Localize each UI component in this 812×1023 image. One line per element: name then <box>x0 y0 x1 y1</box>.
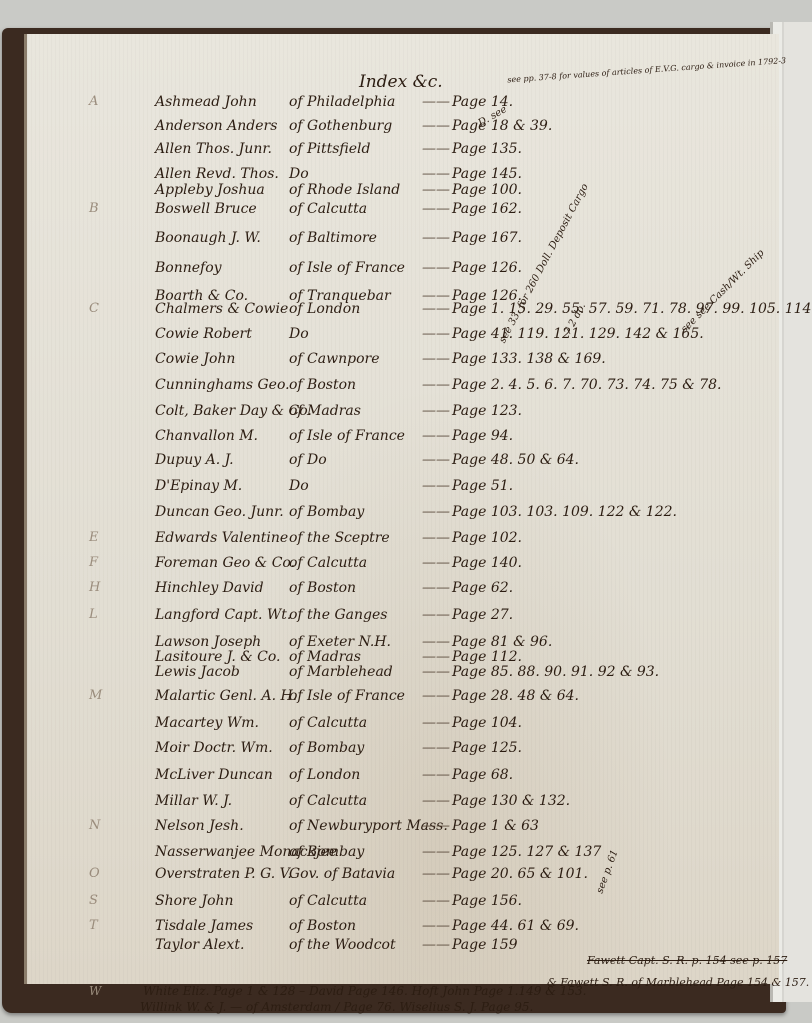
entry-name: Macartey Wm. <box>155 715 259 731</box>
bottom-line-white: W White Eliz. Page 1 & 128 – David Page … <box>89 984 586 998</box>
entry-place: Do <box>289 326 309 342</box>
entry-pages: Page 81 & 96. <box>452 634 552 650</box>
entry-dash: —— <box>422 918 450 934</box>
entry-place: of Calcutta <box>289 715 367 731</box>
entry-name: Malartic Genl. A. H. <box>155 688 297 704</box>
entry-dash: —— <box>422 166 450 182</box>
entry-dash: —— <box>422 607 450 623</box>
entry-name: Cowie Robert <box>155 326 252 342</box>
entry-pages: Page 1 & 63 <box>452 818 539 834</box>
entry-dash: —— <box>422 201 450 217</box>
entry-pages: Page 1. 15. 29. 55. 57. 59. 71. 78. 97. … <box>452 301 812 317</box>
section-letter: M <box>89 688 102 703</box>
entry-pages: Page 44. 61 & 69. <box>452 918 579 934</box>
entry-name: Hinchley David <box>155 580 264 596</box>
entry-name: Allen Thos. Junr. <box>155 141 272 157</box>
entry-place: of Calcutta <box>289 201 367 217</box>
entry-name: Tisdale James <box>155 918 253 934</box>
entry-dash: —— <box>422 649 450 665</box>
entry-place: of Bombay <box>289 844 364 860</box>
entry-place: of Marblehead <box>289 664 393 680</box>
section-letter: C <box>89 301 99 316</box>
page-title: Index &c. <box>359 72 443 92</box>
entry-place: of Madras <box>289 649 361 665</box>
entry-place: Do <box>289 478 309 494</box>
entry-pages: Page 135. <box>452 141 522 157</box>
entry-name: Bonnefoy <box>155 260 222 276</box>
entry-place: of Isle of France <box>289 688 405 704</box>
entry-place: of Calcutta <box>289 793 367 809</box>
entry-pages: Page 28. 48 & 64. <box>452 688 579 704</box>
entry-dash: —— <box>422 844 450 860</box>
entry-pages: Page 51. <box>452 478 513 494</box>
entry-name: Duncan Geo. Junr. <box>155 504 284 520</box>
entry-place: of Isle of France <box>289 428 405 444</box>
entry-pages: Page 145. <box>452 166 522 182</box>
entry-place: Gov. of Batavia <box>289 866 395 882</box>
entry-pages: Page 27. <box>452 607 513 623</box>
entry-name: Lasitoure J. & Co. <box>155 649 281 665</box>
entry-place: of Madras <box>289 403 361 419</box>
entry-name: Lawson Joseph <box>155 634 261 650</box>
entry-place: of the Ganges <box>289 607 387 623</box>
entry-place: of Isle of France <box>289 260 405 276</box>
entry-pages: Page 48. 50 & 64. <box>452 452 579 468</box>
entry-place: of London <box>289 301 360 317</box>
entry-pages: Page 125. <box>452 740 522 756</box>
entry-name: Boswell Bruce <box>155 201 257 217</box>
entry-pages: Page 103. 103. 109. 122 & 122. <box>452 504 677 520</box>
entry-dash: —— <box>422 94 450 110</box>
entry-pages: Page 167. <box>452 230 522 246</box>
entry-dash: —— <box>422 504 450 520</box>
section-letter: T <box>89 918 98 933</box>
entry-pages: Page 133. 138 & 169. <box>452 351 606 367</box>
entry-pages: Page 125. 127 & 137 <box>452 844 601 860</box>
entry-name: Ashmead John <box>155 94 257 110</box>
section-letter: O <box>89 866 100 881</box>
section-letter: F <box>89 555 98 570</box>
entry-name: Cunninghams Geo. <box>155 377 290 393</box>
entry-dash: —— <box>422 118 450 134</box>
entry-name: Cowie John <box>155 351 235 367</box>
entry-dash: —— <box>422 141 450 157</box>
ledger-page: Index &c. see pp. 37-8 for values of art… <box>24 34 779 984</box>
entry-name: Millar W. J. <box>155 793 232 809</box>
entry-name: Langford Capt. Wt. <box>155 607 291 623</box>
entry-dash: —— <box>422 230 450 246</box>
entry-dash: —— <box>422 893 450 909</box>
section-letter: N <box>89 818 100 833</box>
entry-place: of Calcutta <box>289 555 367 571</box>
entry-dash: —— <box>422 403 450 419</box>
entry-place: of Philadelphia <box>289 94 395 110</box>
entry-place: of Rhode Island <box>289 182 400 198</box>
entry-pages: Page 130 & 132. <box>452 793 570 809</box>
entry-name: Anderson Anders <box>155 118 277 134</box>
entry-name: Taylor Alext. <box>155 937 244 953</box>
entry-name: D'Epinay M. <box>155 478 242 494</box>
entry-name: Moir Doctr. Wm. <box>155 740 273 756</box>
entry-dash: —— <box>422 767 450 783</box>
entry-place: of Boston <box>289 918 356 934</box>
entry-pages: Page 112. <box>452 649 522 665</box>
entry-place: of Cawnpore <box>289 351 380 367</box>
top-marginal-note: see pp. 37-8 for values of articles of E… <box>507 54 807 86</box>
bottom-line-willink: Willink W. & J. — of Amsterdam / Page 76… <box>140 1000 533 1014</box>
entry-pages: Page 162. <box>452 201 522 217</box>
entry-pages: Page 85. 88. 90. 91. 92 & 93. <box>452 664 659 680</box>
entry-dash: —— <box>422 182 450 198</box>
entry-place: of Bombay <box>289 504 364 520</box>
entry-place: Do <box>289 166 309 182</box>
entry-place: of Exeter N.H. <box>289 634 391 650</box>
section-letter: H <box>89 580 100 595</box>
entry-place: of Bombay <box>289 740 364 756</box>
entry-name: Shore John <box>155 893 234 909</box>
entry-place: of Baltimore <box>289 230 377 246</box>
entry-dash: —— <box>422 326 450 342</box>
entry-dash: —— <box>422 580 450 596</box>
entry-dash: —— <box>422 664 450 680</box>
entry-dash: —— <box>422 351 450 367</box>
entry-name: Dupuy A. J. <box>155 452 234 468</box>
entry-dash: —— <box>422 866 450 882</box>
entry-dash: —— <box>422 555 450 571</box>
entry-dash: —— <box>422 452 450 468</box>
entry-dash: —— <box>422 818 450 834</box>
entry-pages: Page 100. <box>452 182 522 198</box>
entry-name: Chanvallon M. <box>155 428 258 444</box>
entry-name: Chalmers & Cowie <box>155 301 288 317</box>
entry-pages: Page 156. <box>452 893 522 909</box>
entry-name: Overstraten P. G. V. <box>155 866 292 882</box>
entry-pages: Page 126. <box>452 260 522 276</box>
entry-place: of Boston <box>289 580 356 596</box>
entry-name: Lewis Jacob <box>155 664 240 680</box>
entry-name: Appleby Joshua <box>155 182 265 198</box>
entry-place: of Boston <box>289 377 356 393</box>
entry-dash: —— <box>422 688 450 704</box>
entry-pages: Page 159 <box>452 937 518 953</box>
entry-pages: Page 18 & 39. <box>452 118 552 134</box>
entry-pages: Page 41. 119. 121. 129. 142 & 165. <box>452 326 704 342</box>
entry-dash: —— <box>422 260 450 276</box>
entry-pages: Page 2. 4. 5. 6. 7. 70. 73. 74. 75 & 78. <box>452 377 721 393</box>
entry-name: Nelson Jesh. <box>155 818 244 834</box>
entry-pages: Page 68. <box>452 767 513 783</box>
entry-dash: —— <box>422 530 450 546</box>
entry-dash: —— <box>422 478 450 494</box>
entry-name: McLiver Duncan <box>155 767 273 783</box>
section-letter: L <box>89 607 98 622</box>
entry-dash: —— <box>422 715 450 731</box>
entry-dash: —— <box>422 428 450 444</box>
section-letter: S <box>89 893 98 908</box>
entry-dash: —— <box>422 634 450 650</box>
entry-pages: Page 62. <box>452 580 513 596</box>
entry-pages: Page 20. 65 & 101. <box>452 866 588 882</box>
entry-name: Foreman Geo & Co. <box>155 555 295 571</box>
entry-name: Edwards Valentine <box>155 530 288 546</box>
entry-name: Boonaugh J. W. <box>155 230 261 246</box>
section-letter: A <box>89 94 98 109</box>
entry-name: Allen Revd. Thos. <box>155 166 279 182</box>
entry-pages: Page 94. <box>452 428 513 444</box>
entry-place: of the Woodcot <box>289 937 396 953</box>
entry-pages: Page 104. <box>452 715 522 731</box>
entry-place: of Do <box>289 452 327 468</box>
diagonal-note-ship: see see Cash/Wt. Ship <box>679 248 766 335</box>
entry-pages: Page 123. <box>452 403 522 419</box>
entry-dash: —— <box>422 740 450 756</box>
entry-dash: —— <box>422 377 450 393</box>
entry-dash: —— <box>422 937 450 953</box>
section-letter: B <box>89 201 99 216</box>
section-letter: E <box>89 530 99 545</box>
tisdale-extra-note: Fawett Capt. S. R. p. 154 see p. 157 <box>587 954 787 967</box>
entry-dash: —— <box>422 793 450 809</box>
entry-pages: Page 140. <box>452 555 522 571</box>
entry-dash: —— <box>422 301 450 317</box>
entry-pages: Page 102. <box>452 530 522 546</box>
entry-place: of the Sceptre <box>289 530 390 546</box>
entry-place: of Pittsfield <box>289 141 370 157</box>
entry-place: of London <box>289 767 360 783</box>
entry-place: of Calcutta <box>289 893 367 909</box>
entry-place: of Gothenburg <box>289 118 392 134</box>
